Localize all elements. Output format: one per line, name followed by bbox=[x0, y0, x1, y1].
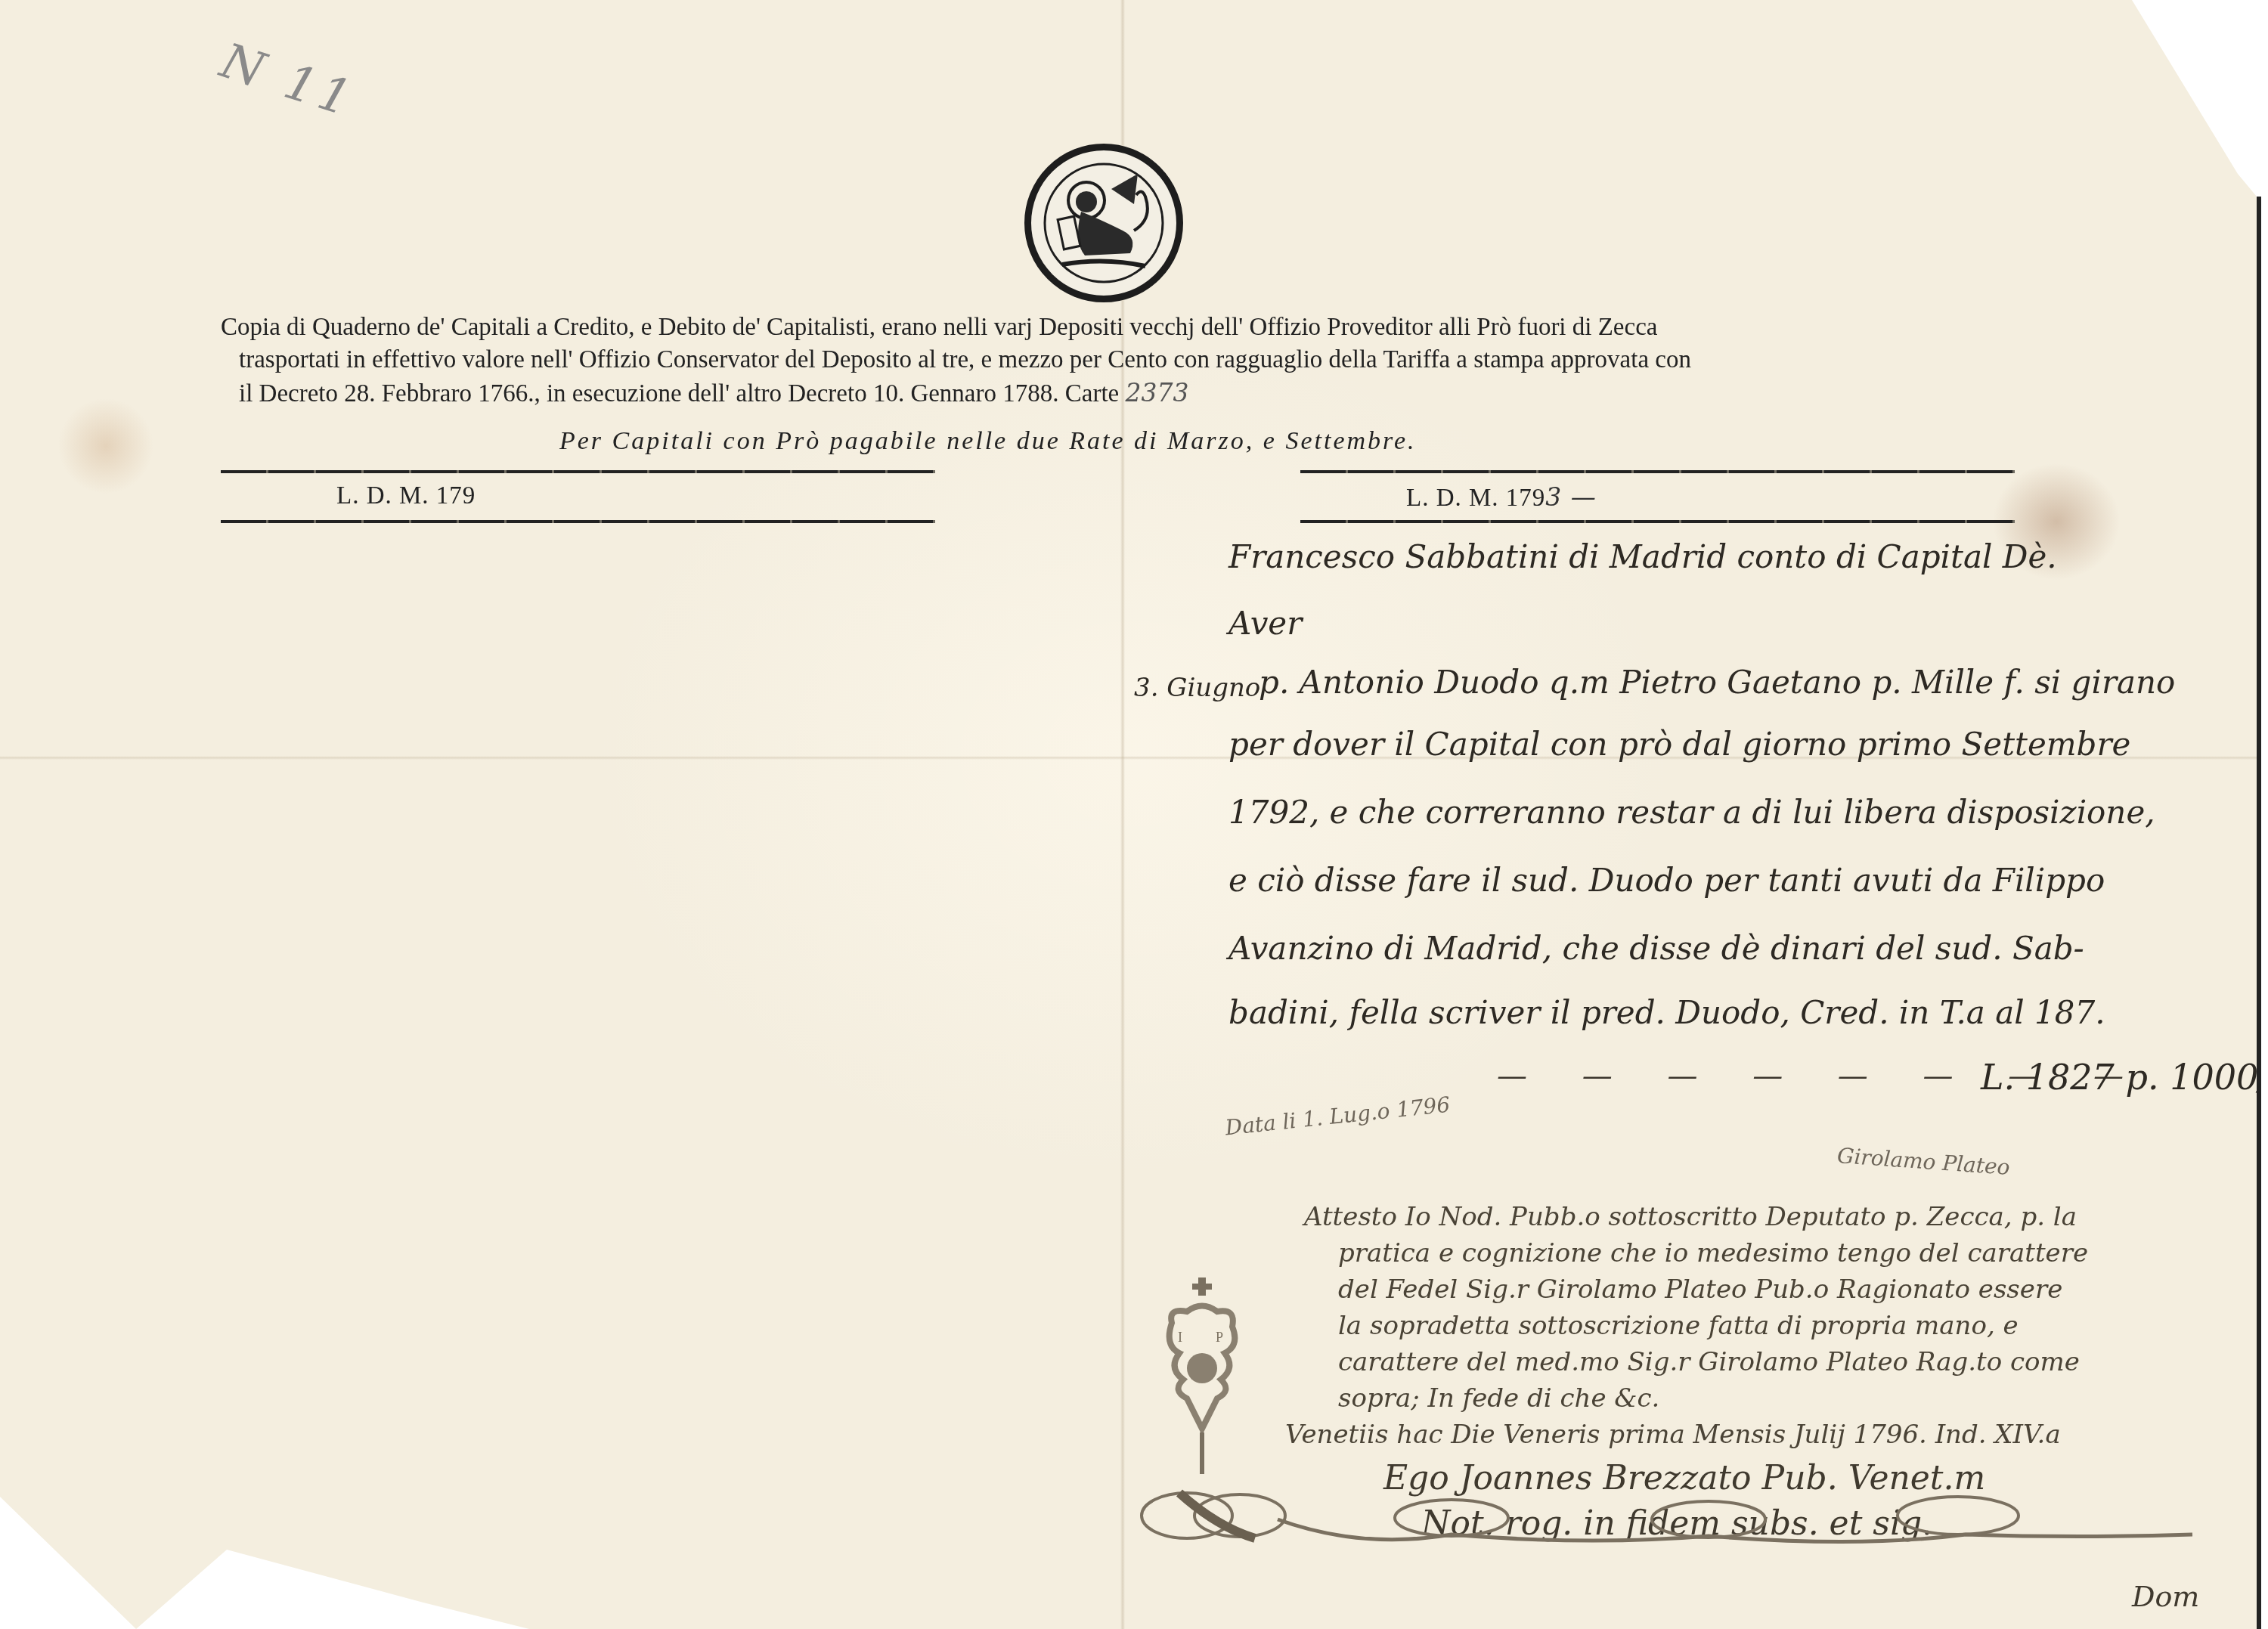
heading-line-3-text: il Decreto 28. Febbraro 1766., in esecuz… bbox=[239, 380, 1119, 407]
entry-margin-date: 3. Giugno bbox=[1134, 673, 1260, 703]
entry-line-7: badini, fella scriver il pred. Duodo, Cr… bbox=[1228, 994, 2105, 1031]
right-bottom-rule bbox=[1300, 520, 2015, 523]
attestation-line-6: sopra; In fede di che &c. bbox=[1338, 1383, 1659, 1414]
entry-transfer-line: p. Antonio Duodo q.m Pietro Gaetano p. M… bbox=[1259, 664, 2175, 701]
attestation-line-5: carattere del med.mo Sig.r Girolamo Plat… bbox=[1338, 1347, 2080, 1377]
amount-value: L. 1827 p. 1000/— bbox=[1981, 1057, 2268, 1098]
entry-line-6: Avanzino di Madrid, che disse dè dinari … bbox=[1228, 930, 2084, 967]
entry-line-1: Francesco Sabbatini di Madrid conto di C… bbox=[1228, 538, 2057, 575]
svg-text:I: I bbox=[1178, 1330, 1182, 1345]
entry-line-3: per dover il Capital con prò dal giorno … bbox=[1228, 726, 2130, 763]
right-top-rule bbox=[1300, 470, 2015, 473]
attestation-line-4: la sopradetta sottoscrizione fatta di pr… bbox=[1338, 1311, 2019, 1341]
lion-of-saint-mark-emblem-icon bbox=[1024, 144, 1183, 302]
winged-lion-icon bbox=[1039, 159, 1168, 287]
carte-number: 2373 bbox=[1125, 378, 1188, 407]
heading-line-3: il Decreto 28. Febbraro 1766., in esecuz… bbox=[221, 376, 2020, 410]
pencil-archive-note: N 11 bbox=[214, 33, 362, 129]
entry-line-aver: Aver bbox=[1228, 605, 1302, 642]
scan-edge bbox=[2257, 197, 2261, 1629]
attestation-date-line: Venetiis hac Die Veneris prima Mensis Ju… bbox=[1285, 1420, 2061, 1450]
right-column-header-handwritten: 3 — bbox=[1545, 482, 1597, 512]
attestation-line-3: del Fedel Sig.r Girolamo Plateo Pub.o Ra… bbox=[1338, 1274, 2062, 1305]
signature-girolamo-plateo: Girolamo Plateo bbox=[1836, 1143, 2010, 1180]
document-page: N 11 Copia di Quaderno de' Capitali a Cr… bbox=[0, 0, 2257, 1629]
attestation-line-1: Attesto Io Nod. Pubb.o sottoscritto Depu… bbox=[1304, 1202, 2077, 1232]
heading-line-1: Copia di Quaderno de' Capitali a Credito… bbox=[221, 311, 2020, 344]
svg-text:P: P bbox=[1216, 1330, 1223, 1345]
printed-heading: Copia di Quaderno de' Capitali a Credito… bbox=[221, 311, 2020, 410]
right-column-header: L. D. M. 1793 — bbox=[1406, 482, 1597, 513]
signature-flourish-icon bbox=[1134, 1482, 2208, 1550]
closing-mark: Dom bbox=[2132, 1580, 2199, 1613]
date-note: Data li 1. Lug.o 1796 bbox=[1224, 1092, 1452, 1140]
entry-line-4: 1792, e che correranno restar a di lui l… bbox=[1228, 794, 2155, 831]
printed-subtitle: Per Capitali con Prò pagabile nelle due … bbox=[559, 427, 1417, 456]
left-column-header: L. D. M. 179 bbox=[336, 482, 476, 510]
right-column-header-printed: L. D. M. 179 bbox=[1406, 485, 1545, 512]
entry-line-5: e ciò disse fare il sud. Duodo per tanti… bbox=[1228, 862, 2105, 899]
left-bottom-rule bbox=[221, 520, 935, 523]
left-top-rule bbox=[221, 470, 935, 473]
attestation-line-2: pratica e cognizione che io medesimo ten… bbox=[1338, 1238, 2088, 1268]
notary-sign-mark-icon: I P bbox=[1157, 1270, 1247, 1482]
heading-line-2: trasportati in effettivo valore nell' Of… bbox=[221, 344, 2020, 376]
